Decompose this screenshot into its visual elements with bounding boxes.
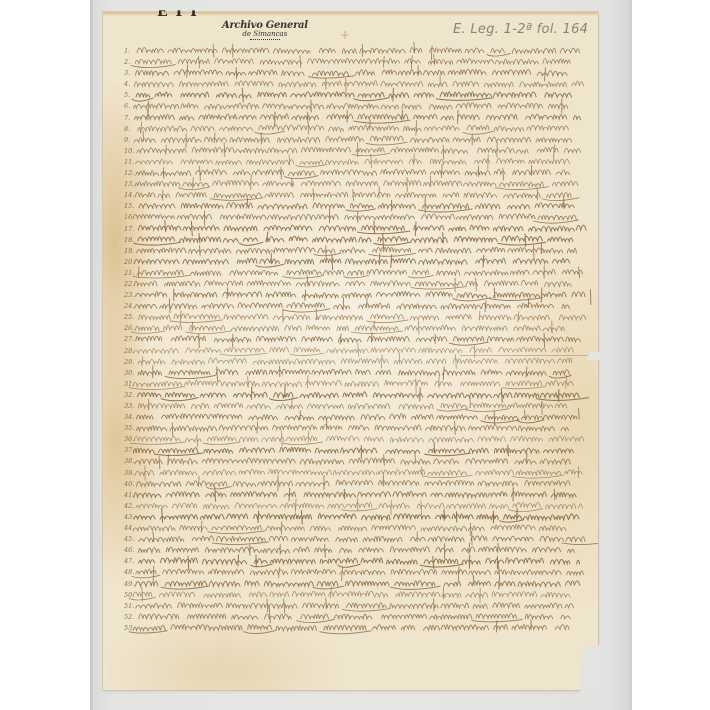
handwritten-line bbox=[133, 266, 583, 279]
handwritten-line bbox=[131, 54, 570, 69]
handwritten-line bbox=[135, 175, 578, 192]
handwritten-line bbox=[136, 475, 570, 490]
handwritten-line bbox=[134, 443, 574, 459]
mat-right-edge bbox=[629, 0, 632, 710]
handwritten-line bbox=[133, 521, 566, 536]
handwritten-text-body bbox=[103, 12, 598, 690]
handwritten-line bbox=[135, 109, 581, 127]
handwritten-line bbox=[135, 288, 590, 305]
handwritten-line bbox=[135, 466, 582, 481]
handwritten-line bbox=[138, 120, 569, 135]
handwritten-line bbox=[138, 353, 572, 368]
mat-left-edge bbox=[90, 0, 93, 710]
handwritten-line bbox=[134, 76, 583, 93]
handwritten-line bbox=[139, 531, 598, 545]
handwritten-line bbox=[134, 131, 572, 148]
handwritten-line bbox=[138, 365, 572, 381]
handwritten-line bbox=[136, 164, 570, 180]
handwritten-line bbox=[137, 409, 580, 425]
handwritten-line bbox=[136, 499, 598, 515]
handwritten-line bbox=[135, 576, 580, 590]
handwritten-line bbox=[132, 565, 584, 581]
handwritten-line bbox=[136, 598, 574, 614]
handwritten-line bbox=[137, 142, 581, 159]
handwritten-line bbox=[137, 42, 580, 60]
handwritten-line bbox=[139, 555, 580, 570]
handwritten-line bbox=[136, 65, 568, 81]
handwritten-line bbox=[139, 309, 586, 325]
handwritten-line bbox=[130, 431, 584, 447]
handwritten-line bbox=[132, 88, 572, 102]
handwritten-line bbox=[135, 253, 570, 270]
handwritten-line bbox=[136, 154, 570, 170]
handwritten-line bbox=[134, 487, 576, 502]
handwritten-line bbox=[134, 100, 568, 114]
handwritten-line bbox=[135, 453, 570, 468]
handwritten-line bbox=[129, 586, 570, 602]
handwritten-line bbox=[138, 543, 598, 559]
handwritten-line bbox=[135, 298, 570, 313]
handwritten-line bbox=[138, 220, 586, 236]
handwritten-line bbox=[131, 321, 564, 334]
